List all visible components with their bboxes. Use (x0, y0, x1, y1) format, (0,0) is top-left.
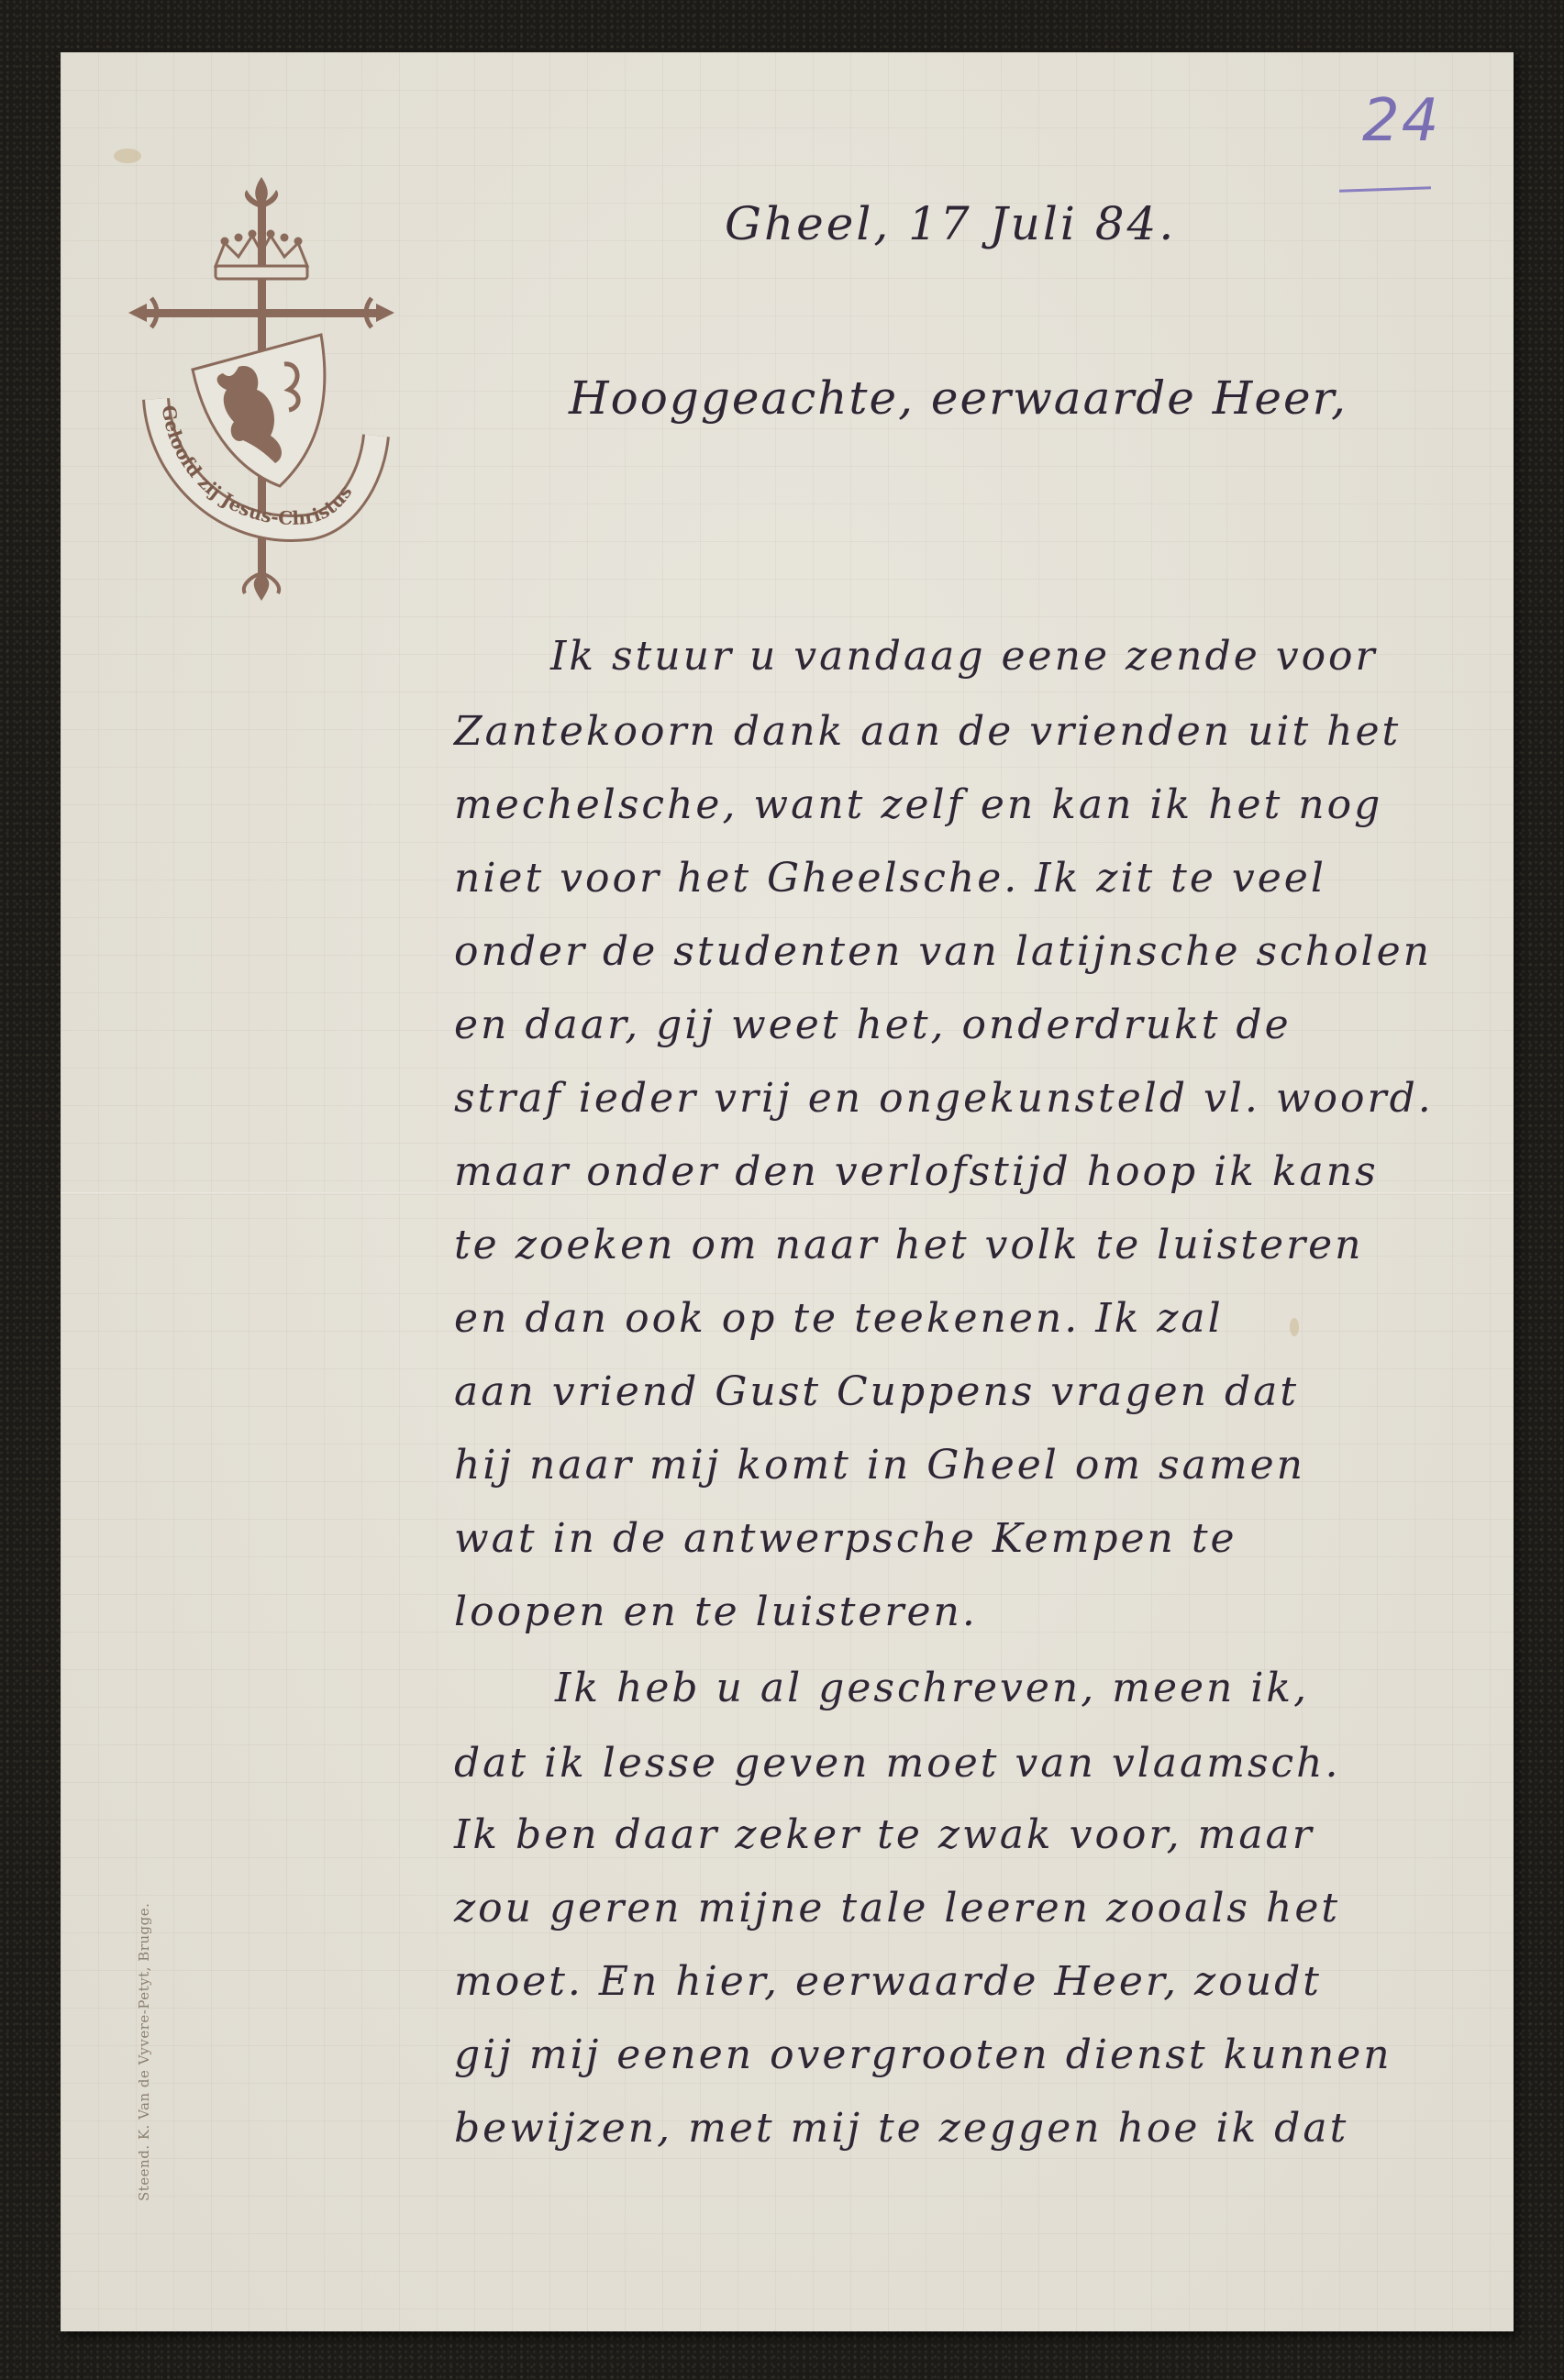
archive-number: 24 (1362, 87, 1440, 155)
body-line: moet. En hier, eerwaarde Heer, zoudt (454, 1958, 1322, 2005)
body-line: Ik ben daar zeker te zwak voor, maar (454, 1811, 1314, 1858)
salutation: Hooggeachte, eerwaarde Heer, (569, 371, 1348, 425)
body-line: bewijzen, met mij te zeggen hoe ik dat (454, 2105, 1348, 2152)
body-line: gij mij eenen overgrooten dienst kunnen (454, 2031, 1392, 2078)
body-line: wat in de antwerpsche Kempen te (454, 1515, 1237, 1562)
body-line: Ik stuur u vandaag eene zende voor (550, 633, 1378, 680)
body-line: Zantekoorn dank aan de vrienden uit het (454, 708, 1401, 755)
place-date: Gheel, 17 Juli 84. (725, 197, 1176, 250)
body-line: dat ik lesse geven moet van vlaamsch. (454, 1740, 1341, 1787)
body-line: en dan ook op te teekenen. Ik zal (454, 1295, 1224, 1342)
body-line: te zoeken om naar het volk te luisteren (454, 1222, 1363, 1268)
body-line: niet voor het Gheelsche. Ik zit te veel (454, 855, 1326, 902)
body-line: mechelsche, want zelf en kan ik het nog (454, 781, 1382, 828)
paper-stain (114, 149, 141, 163)
body-line: en daar, gij weet het, onderdrukt de (454, 1002, 1292, 1048)
printer-imprint: Steend. K. Van de Vyvere-Petyt, Brugge. (136, 1903, 152, 2201)
body-line: aan vriend Gust Cuppens vragen dat (454, 1368, 1299, 1415)
paper-stain (1290, 1318, 1299, 1336)
body-line: onder de studenten van latijnsche schole… (454, 928, 1432, 975)
body-line: hij naar mij komt in Gheel om samen (454, 1442, 1305, 1489)
body-line: straf ieder vrij en ongekunsteld vl. woo… (454, 1075, 1434, 1122)
body-line: zou geren mijne tale leeren zooals het (454, 1885, 1340, 1932)
body-line: maar onder den verlofstijd hoop ik kans (454, 1148, 1379, 1195)
body-line: loopen en te luisteren. (454, 1589, 978, 1635)
letterhead-motto: Geloofd zij Jesus-Christus (124, 170, 399, 601)
letterhead-crest: Geloofd zij Jesus-Christus (124, 170, 399, 601)
svg-text:Geloofd zij Jesus-Christus: Geloofd zij Jesus-Christus (158, 404, 357, 529)
body-line: Ik heb u al geschreven, meen ik, (555, 1665, 1309, 1711)
